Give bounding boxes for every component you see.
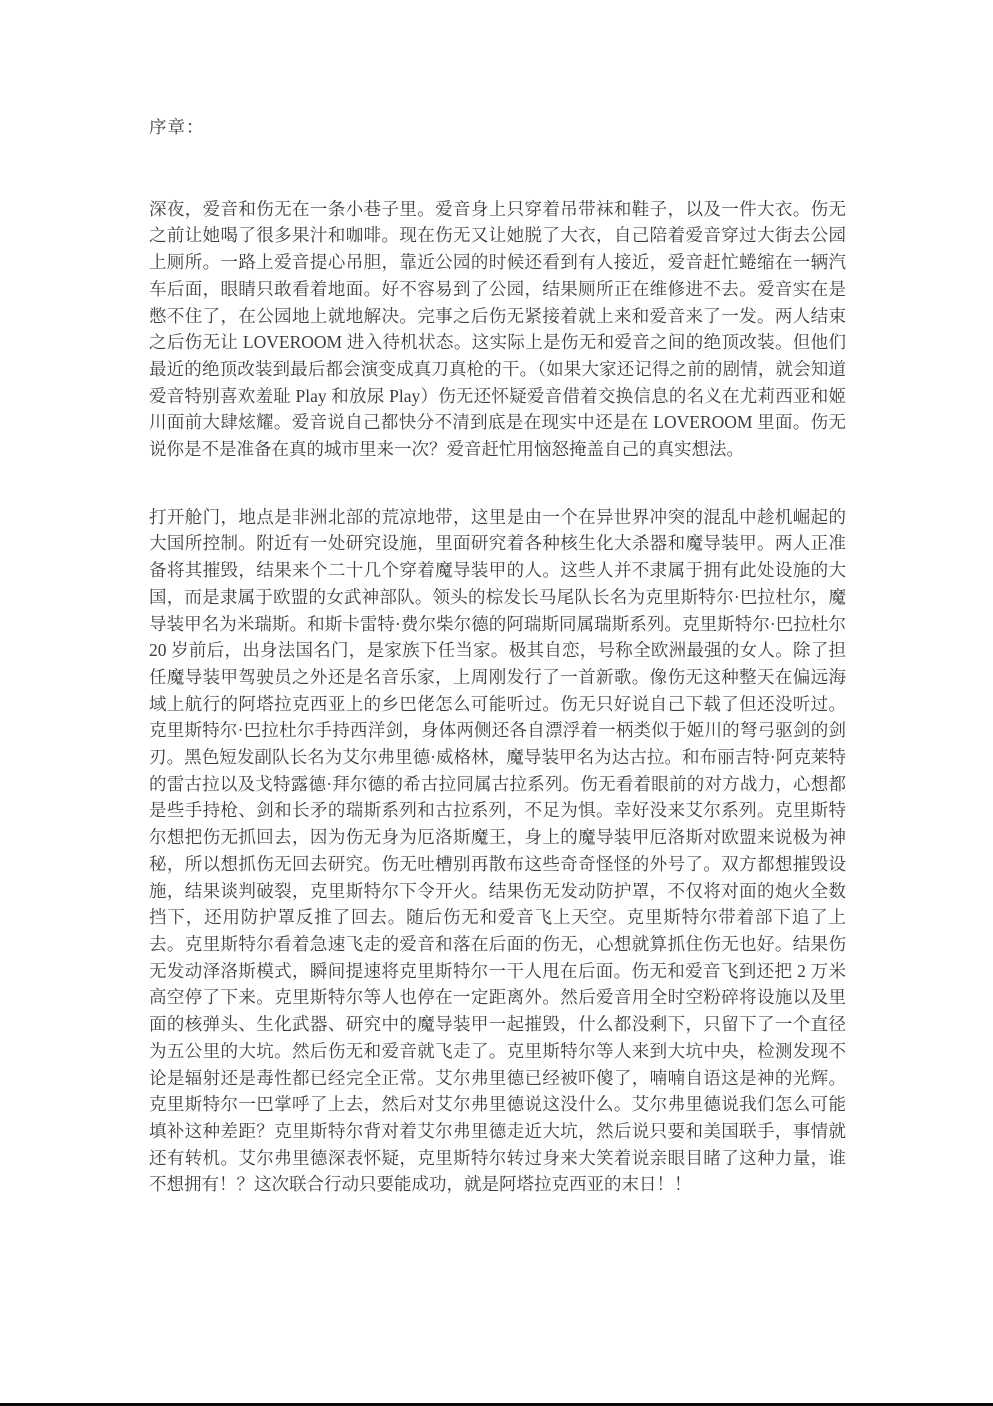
document-page: 序章： 深夜，爱音和伤无在一条小巷子里。爱音身上只穿着吊带袜和鞋子，以及一件大衣… [0, 0, 993, 1406]
document-content: 序章： 深夜，爱音和伤无在一条小巷子里。爱音身上只穿着吊带袜和鞋子，以及一件大衣… [149, 114, 846, 1198]
paragraph-prologue-africa: 打开舱门，地点是非洲北部的荒凉地带，这里是由一个在异世界冲突的混乱中趁机崛起的大… [149, 504, 846, 1198]
chapter-title: 序章： [149, 114, 846, 141]
paragraph-prologue-city: 深夜，爱音和伤无在一条小巷子里。爱音身上只穿着吊带袜和鞋子，以及一件大衣。伤无之… [149, 196, 846, 463]
